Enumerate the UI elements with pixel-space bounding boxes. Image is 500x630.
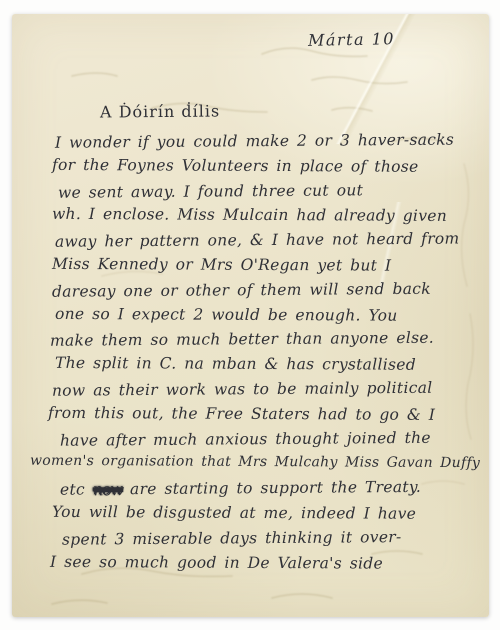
letter-text: from this out, the Free Staters had to g… xyxy=(48,404,435,424)
letter-text: I see so much good in De Valera's side xyxy=(50,552,383,572)
letter-line: daresay one or other of them will send b… xyxy=(52,279,489,307)
letter-text: now as their work was to be mainly polit… xyxy=(52,379,433,400)
letter-line: wh. I enclose. Miss Mulcain had already … xyxy=(52,205,489,232)
letter-text: The split in C. na mban & has crystallis… xyxy=(55,354,416,374)
letter-text: away her pattern one, & I have not heard… xyxy=(55,230,460,251)
letter-salutation: A Ḋóirín ḋílis xyxy=(100,101,220,121)
letter-line: Miss Kennedy or Mrs O'Regan yet but I xyxy=(52,255,489,282)
letter-line: we sent away. I found three cut out xyxy=(58,180,489,208)
letter-line: for the Foynes Volunteers in place of th… xyxy=(52,156,489,183)
letter-line: I wonder if you could make 2 or 3 haver-… xyxy=(55,130,489,158)
letter-line: make them so much better than anyone els… xyxy=(50,329,489,357)
letter-text: You will be disgusted at me, indeed I ha… xyxy=(52,503,416,523)
letter-text: daresay one or other of them will send b… xyxy=(52,280,431,301)
letter-date: Márta 10 xyxy=(308,29,395,50)
crossed-out-word: now xyxy=(93,480,123,498)
letter-text: make them so much better than anyone els… xyxy=(50,329,434,350)
letter-text: I wonder if you could make 2 or 3 haver-… xyxy=(55,131,454,152)
scan-background: Márta 10 A Ḋóirín ḋílis I wonder if you … xyxy=(0,0,500,630)
letter-text: women's organisation that Mrs Mulcahy Mi… xyxy=(30,453,480,471)
letter-text: spent 3 miserable days thinking it over- xyxy=(62,528,402,549)
letter-text: Miss Kennedy or Mrs O'Regan yet but I xyxy=(52,255,391,275)
letter-text: for the Foynes Volunteers in place of th… xyxy=(52,156,419,176)
letter-line: I see so much good in De Valera's side xyxy=(50,552,489,579)
letter-line: You will be disgusted at me, indeed I ha… xyxy=(52,503,489,530)
letter-line: etc now are starting to support the Trea… xyxy=(60,477,489,505)
letter-text: we sent away. I found three cut out xyxy=(58,181,363,201)
letter-line: now as their work was to be mainly polit… xyxy=(52,378,489,406)
letter-line: have after much anxious thought joined t… xyxy=(60,428,489,456)
letter-line: spent 3 miserable days thinking it over- xyxy=(62,527,489,555)
letter-line: women's organisation that Mrs Mulcahy Mi… xyxy=(30,453,489,480)
letter-line: The split in C. na mban & has crystallis… xyxy=(55,354,489,381)
letter-line: one so I expect 2 would be enough. You xyxy=(55,304,489,331)
letter-text: wh. I enclose. Miss Mulcain had already … xyxy=(52,205,447,225)
letter-line: away her pattern one, & I have not heard… xyxy=(55,229,489,257)
letter-paper: Márta 10 A Ḋóirín ḋílis I wonder if you … xyxy=(12,14,489,617)
letter-text: etc xyxy=(60,481,93,499)
letter-line: from this out, the Free Staters had to g… xyxy=(48,404,489,431)
letter-text: one so I expect 2 would be enough. You xyxy=(55,304,398,324)
letter-text: have after much anxious thought joined t… xyxy=(60,428,431,449)
letter-text: are starting to support the Treaty. xyxy=(122,478,421,498)
letter-body: I wonder if you could make 2 or 3 haver-… xyxy=(12,132,489,578)
